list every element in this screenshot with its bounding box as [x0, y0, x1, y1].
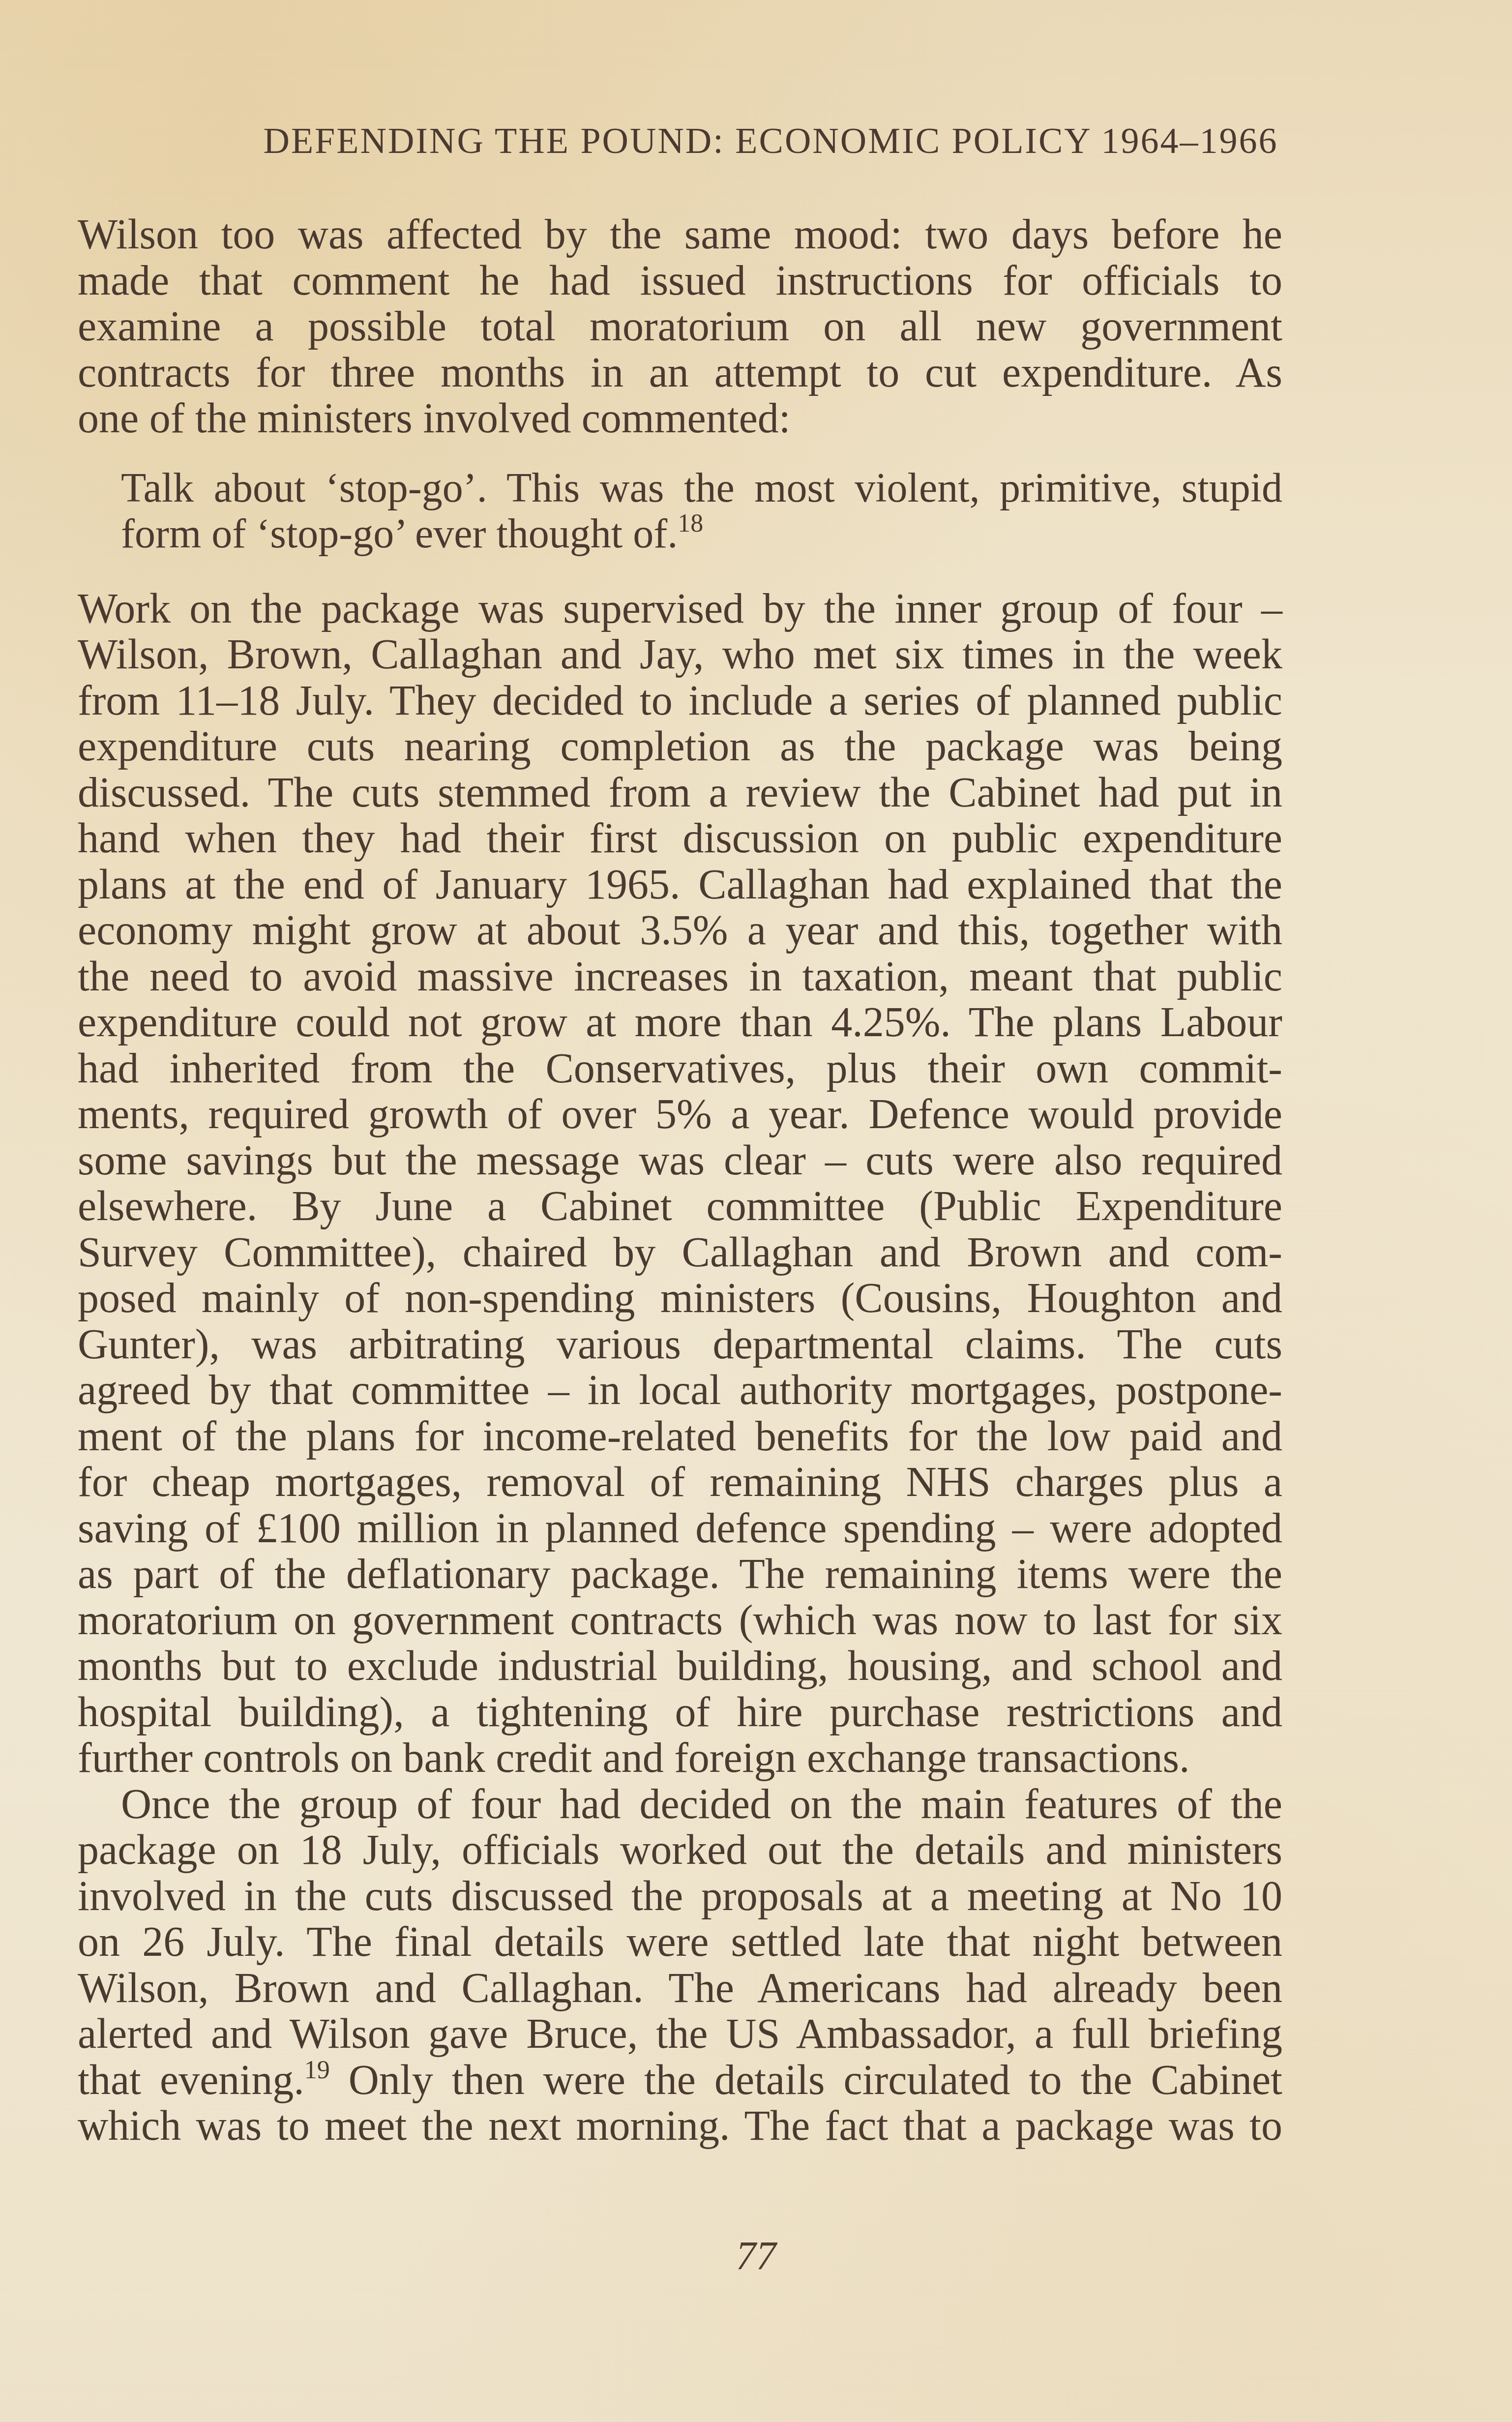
quote-line: form of ‘stop-go’ ever thought of.18	[121, 511, 1282, 557]
text-line: Survey Committee), chaired by Callaghan …	[78, 1229, 1282, 1276]
text-line: on 26 July. The final details were settl…	[78, 1919, 1282, 1965]
text-line: elsewhere. By June a Cabinet committee (…	[78, 1183, 1282, 1229]
text-line: saving of £100 million in planned defenc…	[78, 1505, 1282, 1552]
text-line: contracts for three months in an attempt…	[78, 350, 1282, 396]
text-line: hand when they had their first discussio…	[78, 815, 1282, 862]
text-line: expenditure could not grow at more than …	[78, 999, 1282, 1046]
paragraph-1: Wilson too was affected by the same mood…	[78, 211, 1282, 442]
text-line: which was to meet the next morning. The …	[78, 2103, 1282, 2149]
text-line: expenditure cuts nearing completion as t…	[78, 723, 1282, 770]
text-line: examine a possible total moratorium on a…	[78, 303, 1282, 350]
text-line: one of the ministers involved commented:	[78, 395, 1282, 442]
text-line: months but to exclude industrial buildin…	[78, 1643, 1282, 1689]
body-text: Wilson too was affected by the same mood…	[78, 211, 1282, 2149]
page-number: 77	[0, 2233, 1512, 2279]
text-line: package on 18 July, officials worked out…	[78, 1827, 1282, 1873]
text-line: economy might grow at about 3.5% a year …	[78, 907, 1282, 954]
running-head-text: DEFENDING THE POUND: ECONOMIC POLICY 196…	[234, 120, 1278, 162]
text-line: plans at the end of January 1965. Callag…	[78, 862, 1282, 908]
text-line: Wilson, Brown, Callaghan and Jay, who me…	[78, 631, 1282, 678]
text-segment: Only then were the details circulated to…	[330, 2056, 1282, 2103]
text-line: ments, required growth of over 5% a year…	[78, 1091, 1282, 1137]
text-line: ment of the plans for income-related ben…	[78, 1413, 1282, 1460]
text-line: moratorium on government contracts (whic…	[78, 1597, 1282, 1644]
text-line: Wilson, Brown and Callaghan. The America…	[78, 1965, 1282, 2011]
text-line: that evening.19 Only then were the detai…	[78, 2057, 1282, 2103]
book-page: DEFENDING THE POUND: ECONOMIC POLICY 196…	[0, 0, 1512, 2422]
text-line: from 11–18 July. They decided to include…	[78, 678, 1282, 724]
text-line: discussed. The cuts stemmed from a revie…	[78, 770, 1282, 816]
text-line: Wilson too was affected by the same mood…	[78, 211, 1282, 258]
text-line: Once the group of four had decided on th…	[78, 1781, 1282, 1827]
paragraph-3: Once the group of four had decided on th…	[78, 1781, 1282, 2149]
text-line: posed mainly of non-spending ministers (…	[78, 1275, 1282, 1321]
block-quote: Talk about ‘stop-go’. This was the most …	[78, 465, 1282, 557]
text-line: as part of the deflationary package. The…	[78, 1551, 1282, 1597]
quote-line-text: form of ‘stop-go’ ever thought of.	[121, 511, 678, 557]
text-line: alerted and Wilson gave Bruce, the US Am…	[78, 2011, 1282, 2057]
text-line: had inherited from the Conservatives, pl…	[78, 1046, 1282, 1092]
text-line: for cheap mortgages, removal of remainin…	[78, 1459, 1282, 1505]
text-segment: that evening.	[78, 2056, 304, 2103]
text-line: Gunter), was arbitrating various departm…	[78, 1321, 1282, 1368]
text-line: made that comment he had issued instruct…	[78, 258, 1282, 304]
text-line: Work on the package was supervised by th…	[78, 586, 1282, 632]
text-line: hospital building), a tightening of hire…	[78, 1689, 1282, 1735]
text-line: further controls on bank credit and fore…	[78, 1735, 1282, 1781]
footnote-ref-19[interactable]: 19	[304, 2056, 330, 2084]
running-head: DEFENDING THE POUND: ECONOMIC POLICY 196…	[0, 120, 1512, 162]
quote-line: Talk about ‘stop-go’. This was the most …	[121, 465, 1282, 511]
paragraph-2: Work on the package was supervised by th…	[78, 586, 1282, 1781]
footnote-ref-18[interactable]: 18	[678, 509, 703, 538]
text-line: involved in the cuts discussed the propo…	[78, 1873, 1282, 1919]
text-line: some savings but the message was clear –…	[78, 1137, 1282, 1184]
text-line: the need to avoid massive increases in t…	[78, 954, 1282, 1000]
text-line: agreed by that committee – in local auth…	[78, 1367, 1282, 1413]
